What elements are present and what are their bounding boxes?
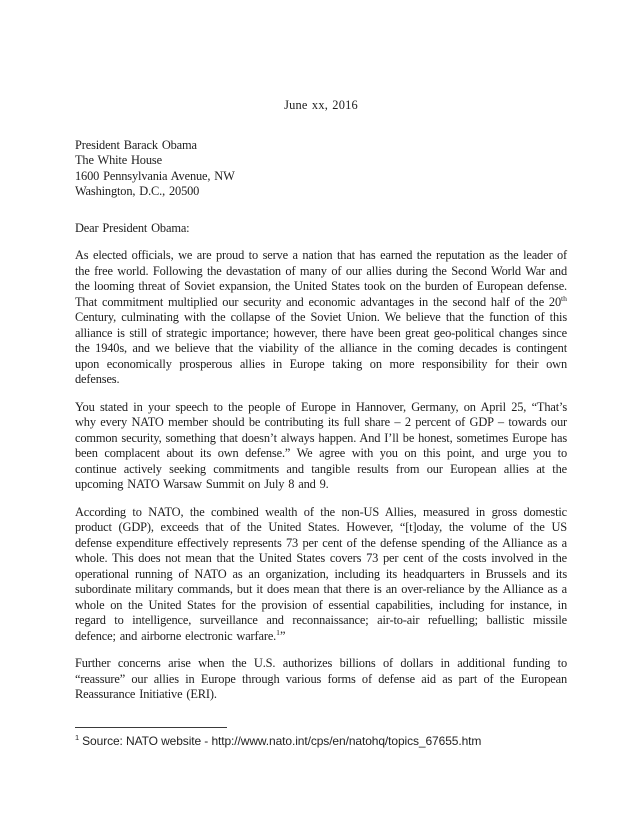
- letter-body: June xx, 2016 President Barack Obama The…: [75, 98, 567, 703]
- footnote-source-text: Source: NATO website - http://www.nato.i…: [82, 734, 481, 748]
- salutation: Dear President Obama:: [75, 221, 567, 237]
- footnote: 1Source: NATO website - http://www.nato.…: [75, 734, 567, 748]
- paragraph-1-text: As elected officials, we are proud to se…: [75, 248, 567, 309]
- paragraph-1-text-cont: Century, culminating with the collapse o…: [75, 310, 567, 386]
- footnote-separator-rule: [75, 727, 227, 728]
- recipient-organization: The White House: [75, 153, 567, 169]
- recipient-street: 1600 Pennsylvania Avenue, NW: [75, 169, 567, 185]
- paragraph-3-text: According to NATO, the combined wealth o…: [75, 505, 567, 643]
- paragraph-4: Further concerns arise when the U.S. aut…: [75, 656, 567, 703]
- footnote-marker: 1: [75, 733, 79, 742]
- ordinal-superscript: th: [561, 293, 567, 302]
- recipient-name: President Barack Obama: [75, 138, 567, 154]
- letter-date: June xx, 2016: [75, 98, 567, 114]
- paragraph-1: As elected officials, we are proud to se…: [75, 248, 567, 388]
- letter-page: June xx, 2016 President Barack Obama The…: [0, 0, 638, 826]
- paragraph-3-text-cont: ”: [280, 629, 285, 643]
- footnote-area: 1Source: NATO website - http://www.nato.…: [75, 727, 567, 748]
- paragraph-2: You stated in your speech to the people …: [75, 400, 567, 493]
- paragraph-2-text: You stated in your speech to the people …: [75, 400, 567, 492]
- recipient-address: President Barack Obama The White House 1…: [75, 138, 567, 200]
- paragraph-4-text: Further concerns arise when the U.S. aut…: [75, 656, 567, 701]
- paragraph-3: According to NATO, the combined wealth o…: [75, 505, 567, 645]
- recipient-city-line: Washington, D.C., 20500: [75, 184, 567, 200]
